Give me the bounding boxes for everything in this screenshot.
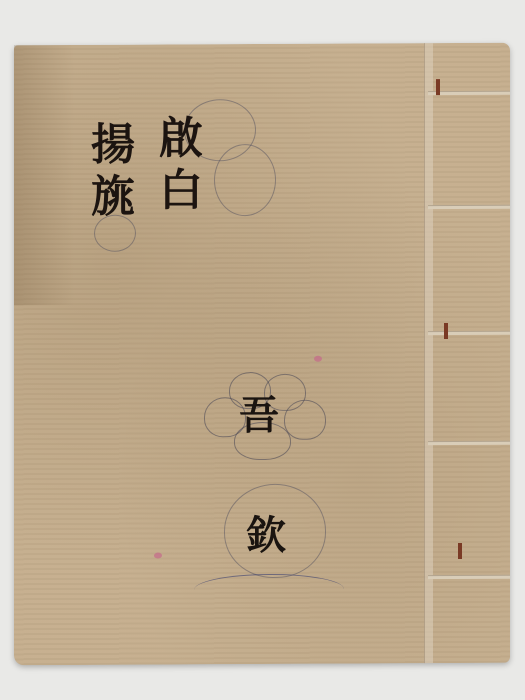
pencil-swirl	[214, 144, 276, 216]
binding-thread	[428, 205, 510, 209]
title-right-column: 啟白	[154, 114, 198, 218]
binding-thread	[428, 91, 510, 95]
character-wu: 吾	[239, 384, 279, 441]
pink-spot	[154, 553, 162, 559]
binding-thread	[428, 575, 510, 579]
binding-mark	[436, 79, 440, 95]
binding-thread	[428, 331, 510, 335]
binding-mark	[458, 543, 462, 559]
book-cover: 啟白 揚旐 吾 欽	[14, 43, 510, 666]
pink-spot	[314, 356, 322, 362]
character-qin: 欽	[246, 504, 286, 561]
leaf-drawing	[194, 574, 344, 606]
title-left-column: 揚旐	[86, 121, 130, 225]
binding-mark	[444, 323, 448, 339]
water-stain	[14, 45, 74, 305]
binding-fold	[424, 43, 433, 663]
binding-thread	[428, 441, 510, 445]
